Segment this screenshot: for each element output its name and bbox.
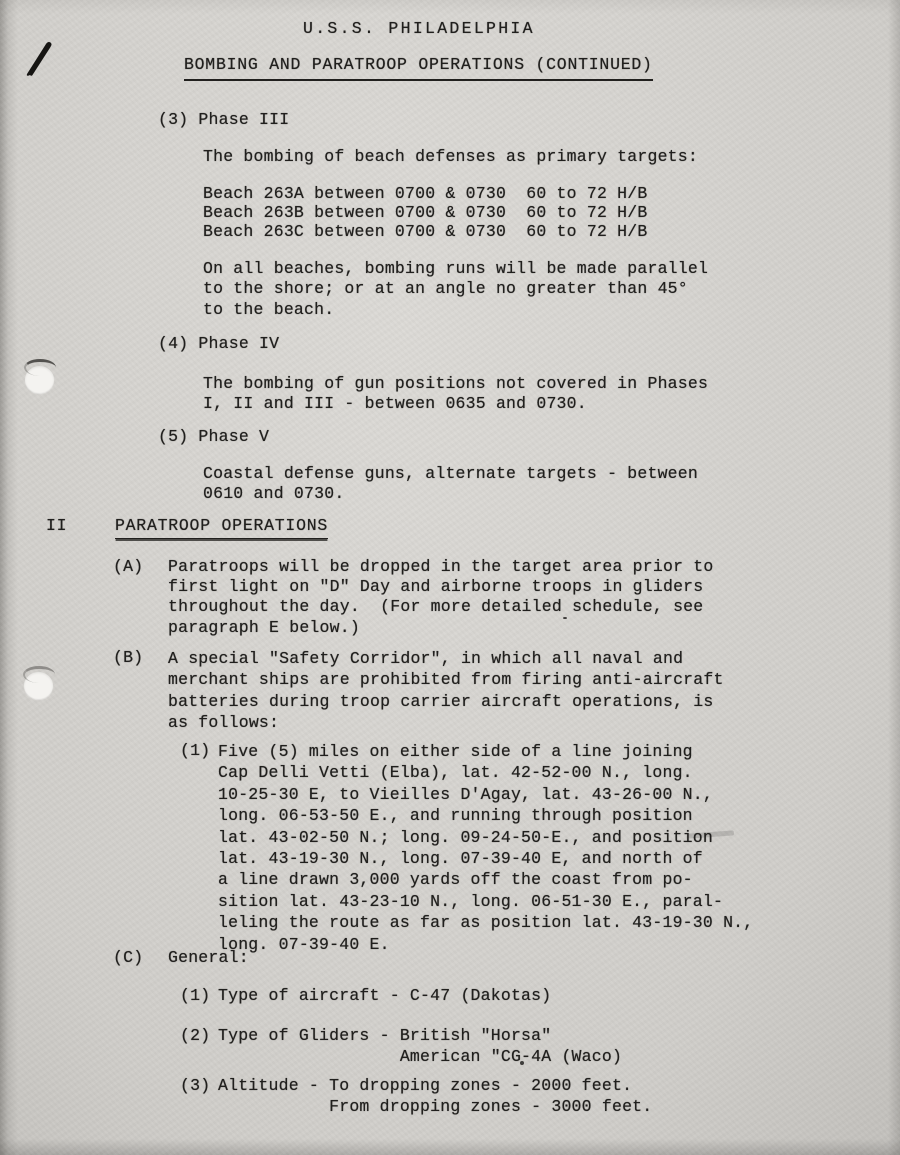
beach-row: Beach 263A between 0700 & 0730 60 to 72 … bbox=[203, 184, 647, 203]
item-c-label: (C) bbox=[113, 948, 143, 968]
item-b1-label: (1) bbox=[180, 741, 210, 761]
item-a-body: Paratroops will be dropped in the target… bbox=[168, 557, 714, 638]
item-b-body: A special "Safety Corridor", in which al… bbox=[168, 648, 724, 733]
item-c2-label: (2) bbox=[180, 1026, 210, 1047]
phase3-note: On all beaches, bombing runs will be mad… bbox=[203, 259, 708, 320]
item-b1-body: Five (5) miles on either side of a line … bbox=[218, 741, 753, 955]
beach-row: Beach 263B between 0700 & 0730 60 to 72 … bbox=[203, 203, 647, 222]
document-heading: BOMBING AND PARATROOP OPERATIONS (CONTIN… bbox=[184, 55, 653, 81]
scanned-document-page: U.S.S. PHILADELPHIA BOMBING AND PARATROO… bbox=[0, 0, 900, 1155]
phase5-label: (5) Phase V bbox=[158, 427, 269, 447]
page-title: U.S.S. PHILADELPHIA bbox=[303, 19, 535, 39]
beach-row: Beach 263C between 0700 & 0730 60 to 72 … bbox=[203, 222, 647, 241]
section-numeral: II bbox=[46, 516, 67, 536]
hole-punch bbox=[24, 672, 53, 699]
phase4-body: The bombing of gun positions not covered… bbox=[203, 374, 708, 415]
item-c3-label: (3) bbox=[180, 1076, 210, 1097]
phase4-label: (4) Phase IV bbox=[158, 334, 279, 354]
hole-punch bbox=[25, 366, 54, 393]
item-c1-label: (1) bbox=[180, 986, 210, 1006]
phase5-body: Coastal defense guns, alternate targets … bbox=[203, 464, 698, 505]
paratroop-operations-heading: PARATROOP OPERATIONS bbox=[115, 516, 328, 539]
item-c3-body: Altitude - To dropping zones - 2000 feet… bbox=[218, 1076, 652, 1117]
phase3-beach-table: Beach 263A between 0700 & 0730 60 to 72 … bbox=[203, 184, 647, 241]
item-c2-body: Type of Gliders - British "Horsa" Americ… bbox=[218, 1026, 622, 1067]
handwritten-check-mark-icon bbox=[20, 36, 62, 82]
item-c1-body: Type of aircraft - C-47 (Dakotas) bbox=[218, 986, 551, 1006]
item-c-body: General: bbox=[168, 948, 249, 968]
phase3-label: (3) Phase III bbox=[158, 110, 289, 130]
item-a-label: (A) bbox=[113, 557, 143, 577]
item-b-label: (B) bbox=[113, 648, 143, 668]
phase3-intro: The bombing of beach defenses as primary… bbox=[203, 147, 698, 167]
